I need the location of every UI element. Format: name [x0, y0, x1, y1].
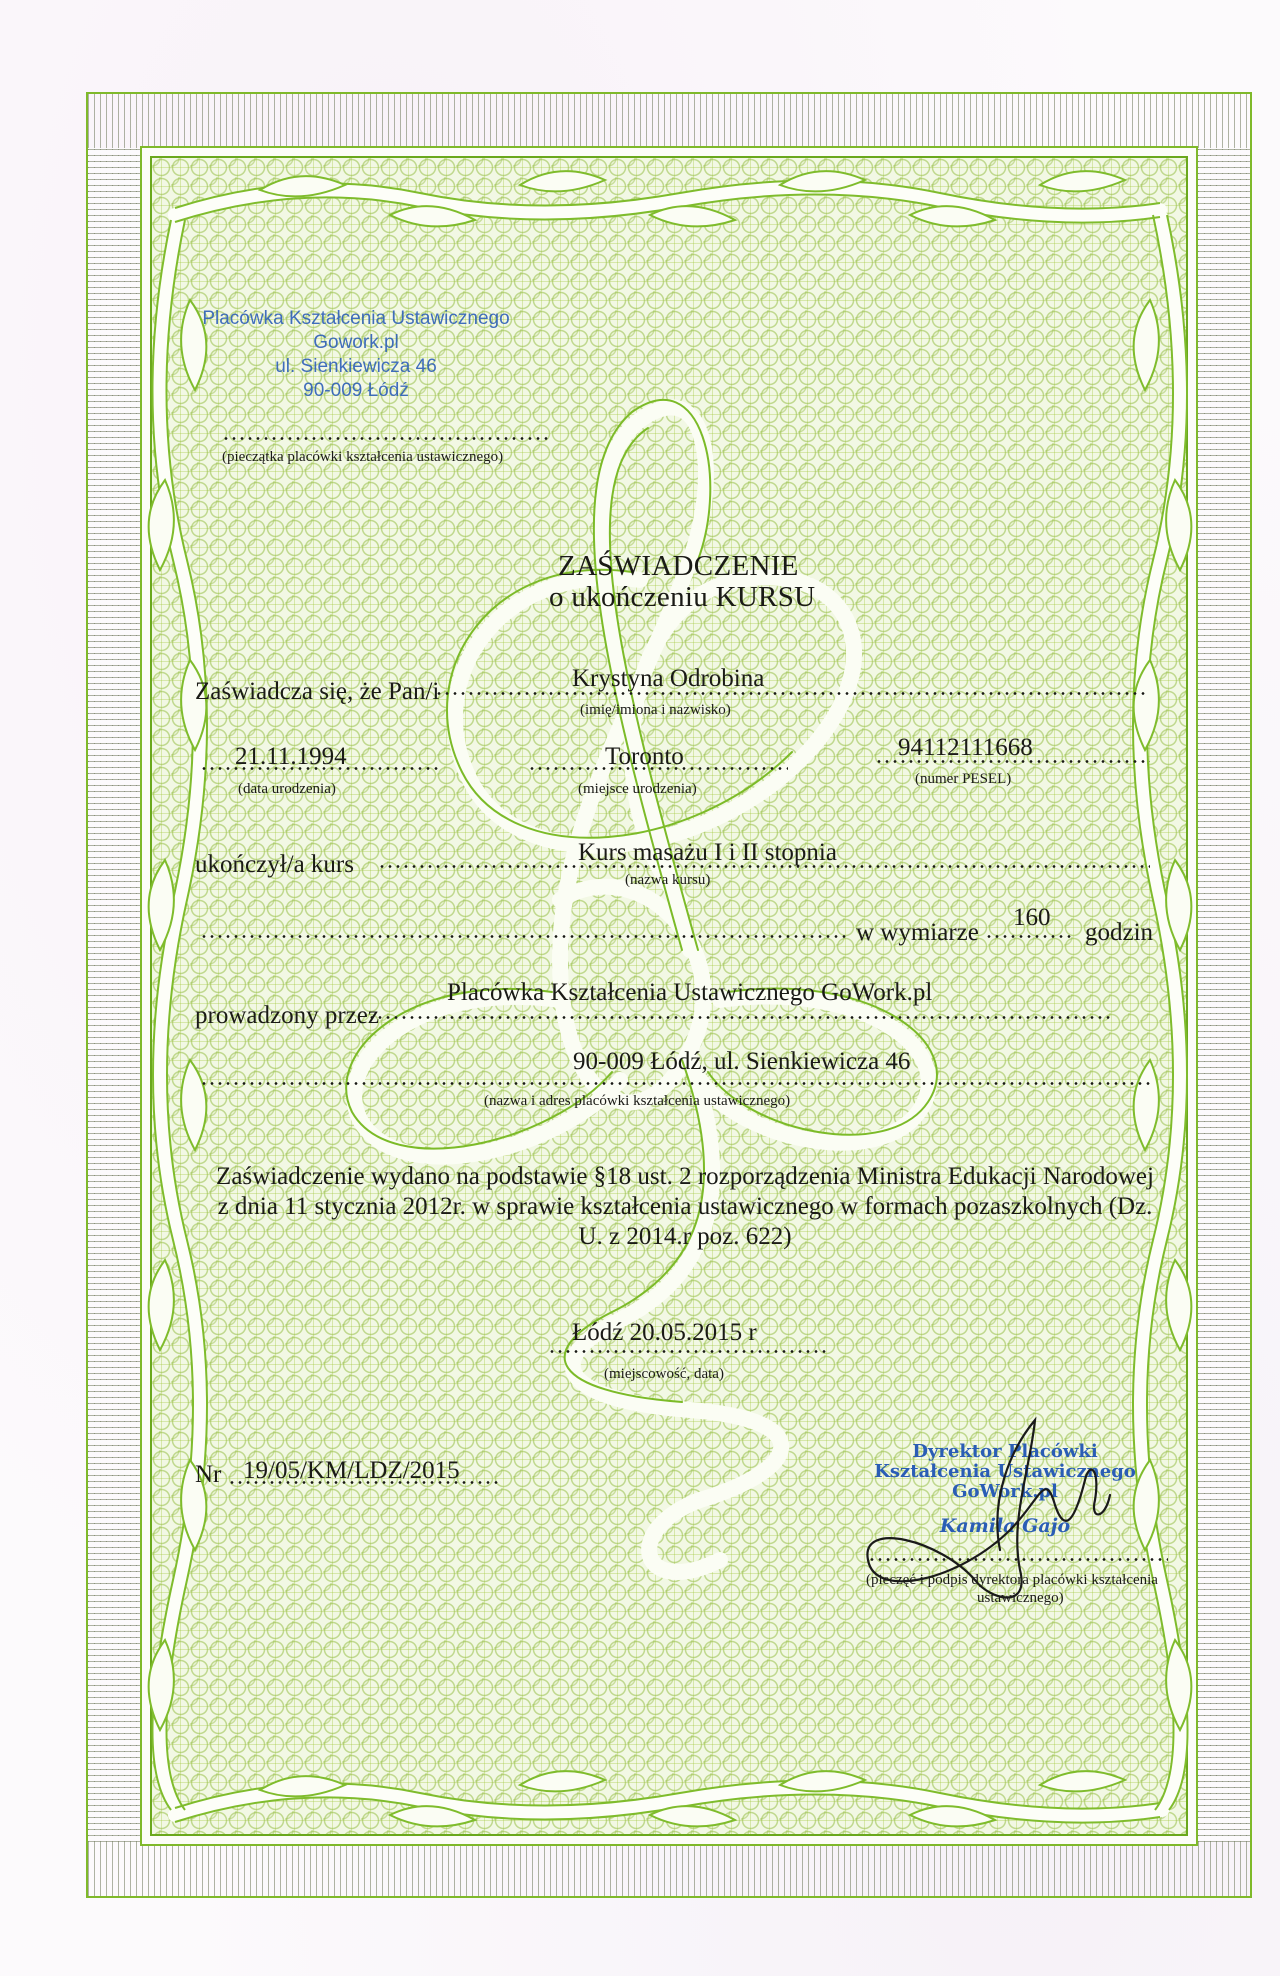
director-hint-2: ustawicznego): [977, 1591, 1064, 1606]
person-label: Zaświadcza się, że Pan/i: [195, 679, 439, 704]
school-stamp: Placówka Kształcenia Ustawicznego Gowork…: [196, 307, 516, 403]
provider-label: prowadzony przez: [195, 1003, 379, 1028]
provider-dotted-line: [368, 1016, 1113, 1019]
pesel-dotted-line: [875, 760, 1150, 763]
provider-name: Placówka Kształcenia Ustawicznego GoWork…: [447, 980, 932, 1005]
document-subtitle: o ukończeniu KURSU: [549, 583, 815, 612]
provider-address: 90-009 Łódź, ul. Sienkiewicza 46: [573, 1049, 910, 1074]
director-hint-1: (pieczęć i podpis dyrektora placówki ksz…: [866, 1573, 1158, 1588]
provider-hint: (nazwa i adres placówki kształcenia usta…: [484, 1094, 790, 1109]
certificate-paper: Placówka Kształcenia Ustawicznego Gowork…: [0, 0, 1280, 1976]
issue-dotted-line: [548, 1350, 826, 1353]
director-dotted-line: [868, 1558, 1168, 1561]
birth-date-dotted-line: [200, 767, 440, 770]
birth-place-hint: (miejsce urodzenia): [578, 782, 697, 797]
director-stamp: Dyrektor Placówki Kształcenia Ustawiczne…: [860, 1442, 1150, 1536]
hours-label-before: w wymiarze: [856, 920, 979, 945]
person-dotted-line: [435, 692, 1149, 695]
stamp-dotted-line: [222, 437, 552, 440]
pesel-number: 94112111668: [898, 735, 1033, 760]
hours-label-after: godzin: [1085, 920, 1153, 945]
issue-place-date: Łódź 20.05.2015 r: [572, 1320, 757, 1345]
birth-place-dotted-line: [528, 767, 788, 770]
pesel-hint: (numer PESEL): [915, 772, 1011, 787]
course-name: Kurs masażu I i II stopnia: [578, 840, 837, 865]
person-name-hint: (imię/imiona i nazwisko): [580, 703, 731, 718]
legal-basis: Zaświadczenie wydano na podstawie §18 us…: [190, 1162, 1180, 1252]
course-label: ukończył/a kurs: [195, 852, 354, 877]
director-name: Kamila Gajo: [860, 1516, 1150, 1536]
course-name-hint: (nazwa kursu): [625, 873, 710, 888]
stamp-caption: (pieczątka placówki kształcenia ustawicz…: [222, 450, 503, 465]
issue-hint: (miejscowość, data): [604, 1367, 724, 1382]
hours-leading-dotted-line: [200, 935, 848, 938]
person-name: Krystyna Odrobina: [572, 666, 764, 691]
provider-address-dotted-line: [200, 1082, 1150, 1085]
course-hours: 160: [1013, 905, 1051, 930]
number-label: Nr: [195, 1462, 221, 1487]
birth-date: 21.11.1994: [235, 744, 347, 769]
certificate-number: 19/05/KM/LDZ/2015: [243, 1458, 460, 1483]
document-title: ZAŚWIADCZENIE: [558, 552, 799, 581]
birth-date-hint: (data urodzenia): [238, 782, 336, 797]
hours-dotted-line: [985, 935, 1075, 938]
birth-place: Toronto: [605, 744, 684, 769]
